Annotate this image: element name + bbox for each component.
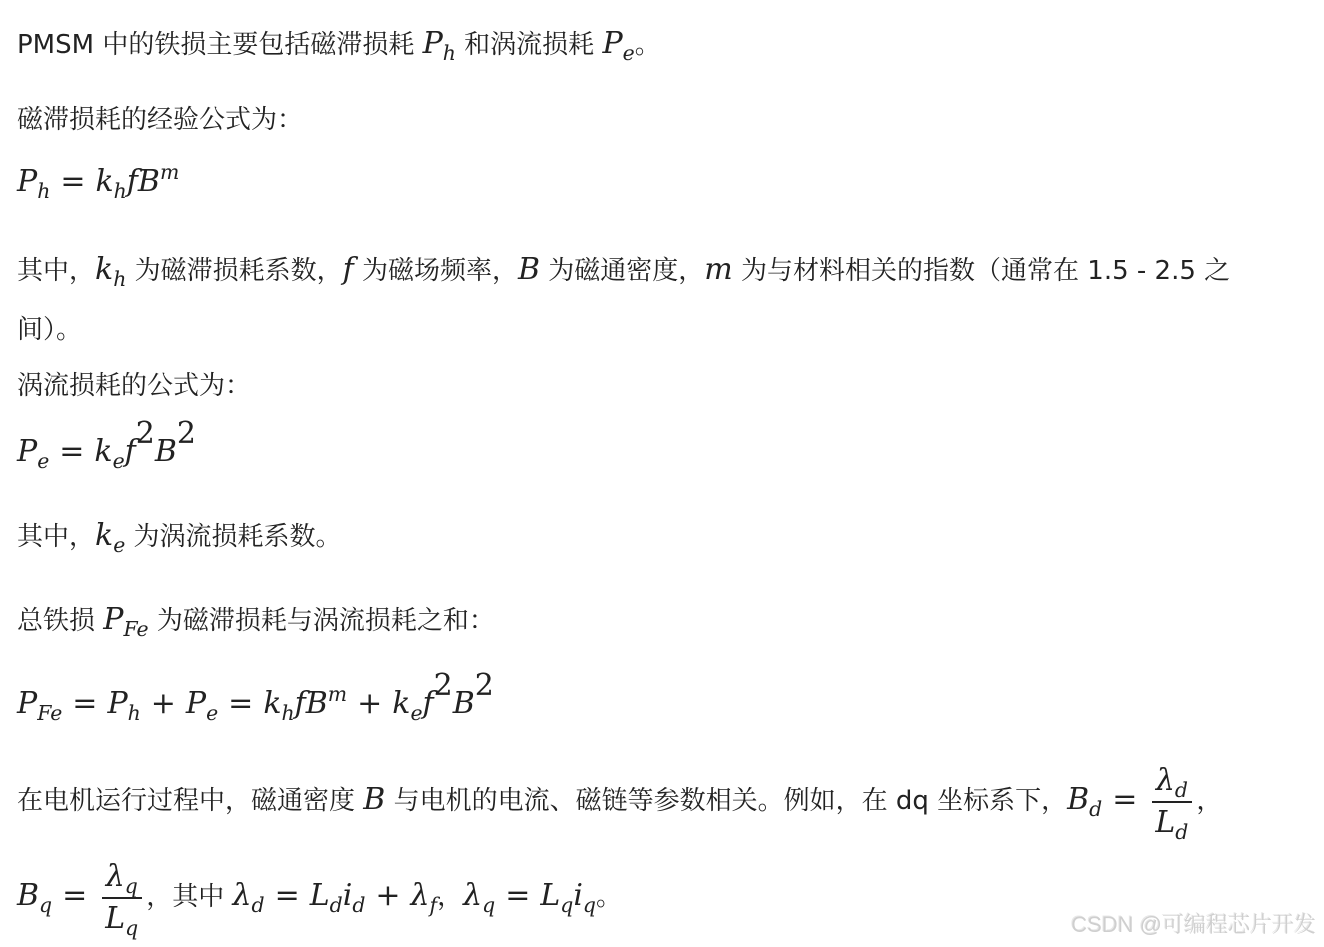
total-loss-formula: PFe=Ph+Pe=khfBm+kef2B2 <box>17 686 494 720</box>
text: PMSM 中的铁损主要包括磁滞损耗 <box>17 30 423 60</box>
eddy-description: 其中，ke 为涡流损耗系数。 <box>17 520 342 553</box>
hysteresis-formula: Ph=khfBm <box>17 166 179 198</box>
dq-paragraph: 在电机运行过程中，磁通密度 B 与电机的电流、磁链等参数相关。例如，在 dq 坐… <box>17 762 1222 841</box>
eddy-heading: 涡流损耗的公式为： <box>17 370 251 402</box>
symbol-Ph: Ph <box>423 26 456 61</box>
intro-paragraph: PMSM 中的铁损主要包括磁滞损耗 Ph 和涡流损耗 Pe。 <box>17 28 661 61</box>
text: 磁滞损耗的经验公式为： <box>17 105 303 135</box>
text: 和涡流损耗 <box>456 30 603 60</box>
text: 。 <box>635 30 661 60</box>
fraction-Bq: λqLq <box>101 859 142 937</box>
hysteresis-description-cont: 间）。 <box>17 314 82 346</box>
eddy-formula: Pe=kef2B2 <box>17 434 196 468</box>
dq-paragraph-cont: Bq=λqLq，其中 λd=Ldid+λf，λq=Lqiq。 <box>17 858 622 937</box>
hysteresis-heading: 磁滞损耗的经验公式为： <box>17 104 303 136</box>
fraction-Bd: λdLd <box>1151 763 1192 841</box>
hysteresis-description: 其中，kh 为磁滞损耗系数，f 为磁场频率，B 为磁通密度，m 为与材料相关的指… <box>17 254 1230 287</box>
csdn-watermark: CSDN @可编程芯片开发 <box>1071 908 1316 939</box>
symbol-Pe: Pe <box>602 26 634 61</box>
total-loss-heading: 总铁损 PFe 为磁滞损耗与涡流损耗之和： <box>17 604 495 637</box>
